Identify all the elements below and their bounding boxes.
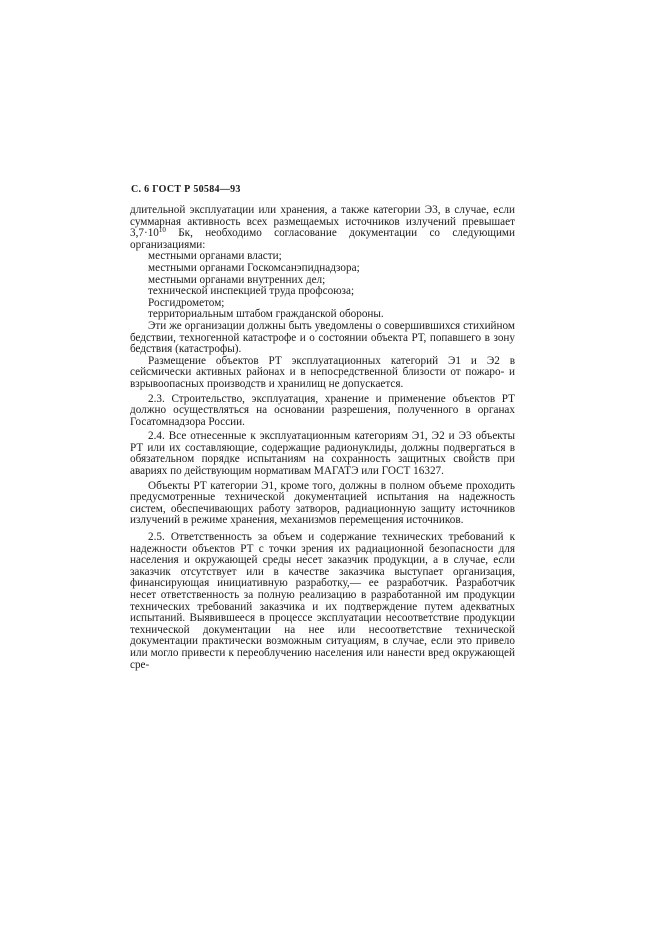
paragraph-intro: длительной эксплуатации или хранения, а …	[130, 205, 515, 251]
paragraph-placement: Размещение объектов РТ эксплуатационных …	[130, 356, 515, 391]
paragraph-notify: Эти же организации должны быть уведомлен…	[130, 321, 515, 356]
clause-2-3: 2.3. Строительство, эксплуатация, хранен…	[130, 394, 515, 429]
document-body: длительной эксплуатации или хранения, а …	[130, 205, 515, 671]
organizations-list: местными органами власти; местными орган…	[130, 251, 515, 321]
clause-2-5: 2.5. Ответственность за объем и содержан…	[130, 532, 515, 671]
clause-2-4: 2.4. Все отнесенные к эксплуатационным к…	[130, 431, 515, 477]
list-item: местными органами Госкомсанэпиднадзора;	[130, 263, 515, 275]
paragraph-e1: Объекты РТ категории Э1, кроме того, дол…	[130, 481, 515, 527]
intro-text-tail: Бк, необходимо согласование документации…	[130, 227, 515, 251]
list-item: технической инспекцией труда профсоюза;	[130, 286, 515, 298]
exponent: 10	[159, 226, 166, 234]
running-header: С. 6 ГОСТ Р 50584—93	[131, 184, 241, 195]
